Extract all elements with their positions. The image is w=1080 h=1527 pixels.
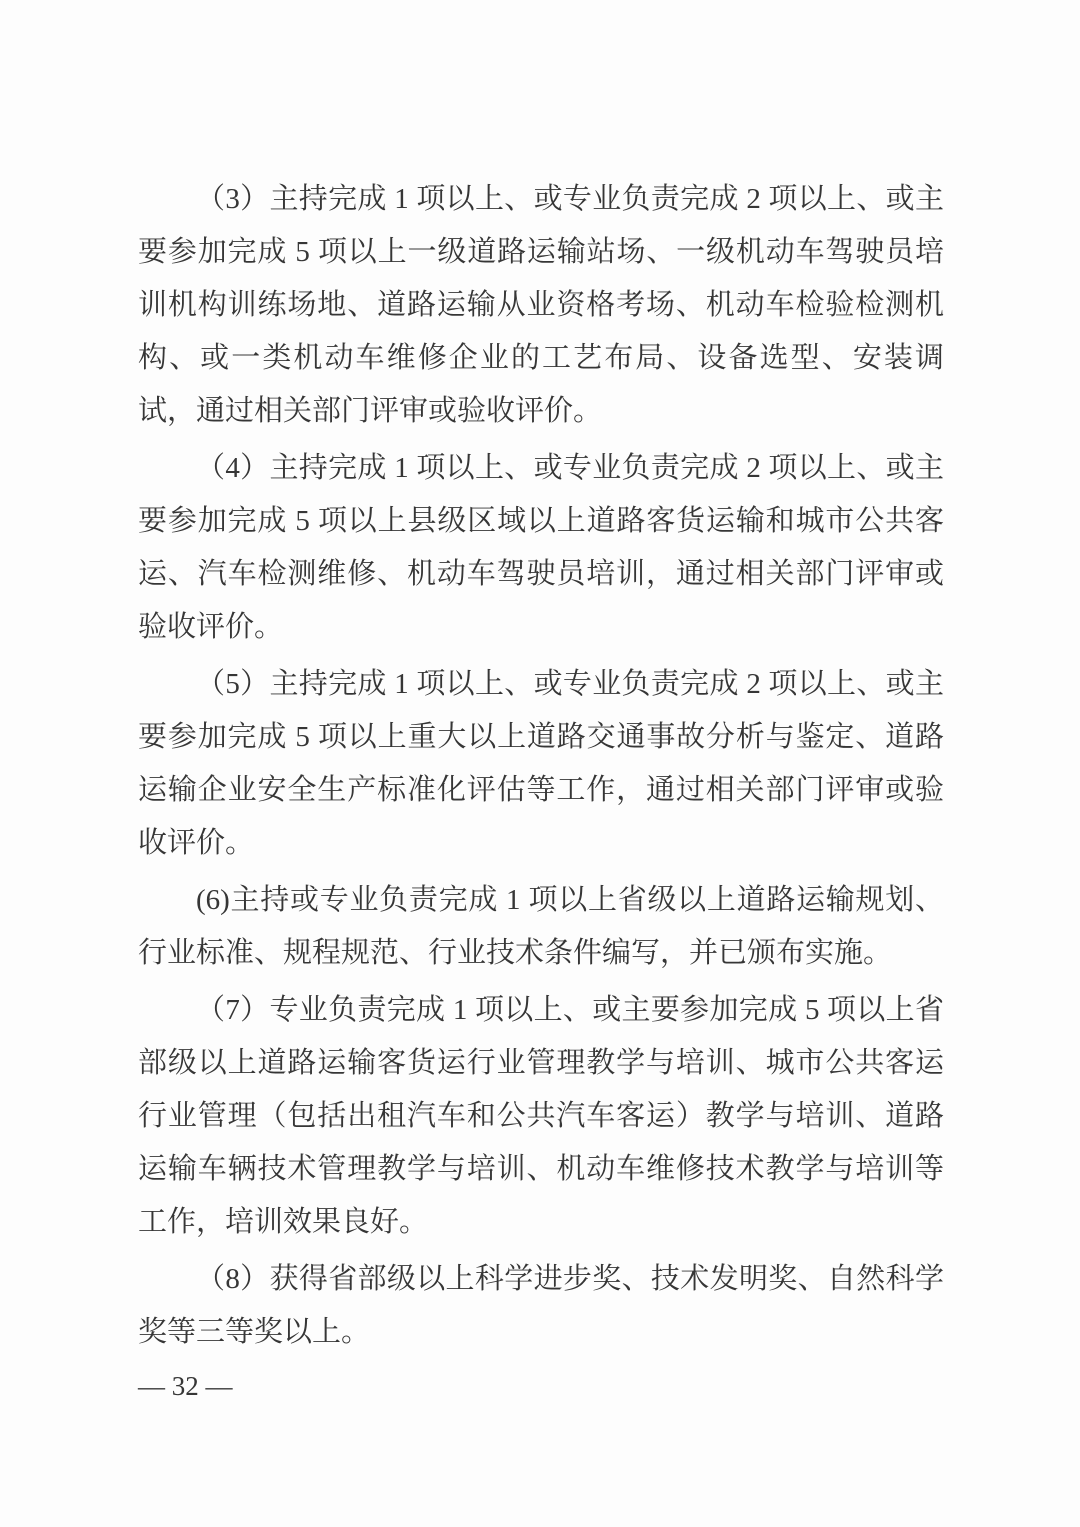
paragraph-7: （7）专业负责完成 1 项以上、或主要参加完成 5 项以上省部级以上道路运输客货… (138, 984, 944, 1249)
paragraph-8: （8）获得省部级以上科学进步奖、技术发明奖、自然科学奖等三等奖以上。 (138, 1253, 944, 1359)
paragraph-5: （5）主持完成 1 项以上、或专业负责完成 2 项以上、或主要参加完成 5 项以… (138, 658, 944, 870)
paragraph-4: （4）主持完成 1 项以上、或专业负责完成 2 项以上、或主要参加完成 5 项以… (138, 442, 944, 654)
document-page: （3）主持完成 1 项以上、或专业负责完成 2 项以上、或主要参加完成 5 项以… (0, 0, 1080, 1527)
document-body: （3）主持完成 1 项以上、或专业负责完成 2 项以上、或主要参加完成 5 项以… (138, 173, 944, 1363)
page-number: — 32 — (138, 1371, 233, 1401)
paragraph-6: (6)主持或专业负责完成 1 项以上省级以上道路运输规划、行业标准、规程规范、行… (138, 874, 944, 980)
paragraph-3: （3）主持完成 1 项以上、或专业负责完成 2 项以上、或主要参加完成 5 项以… (138, 173, 944, 438)
page-footer: — 32 — (138, 1360, 233, 1413)
